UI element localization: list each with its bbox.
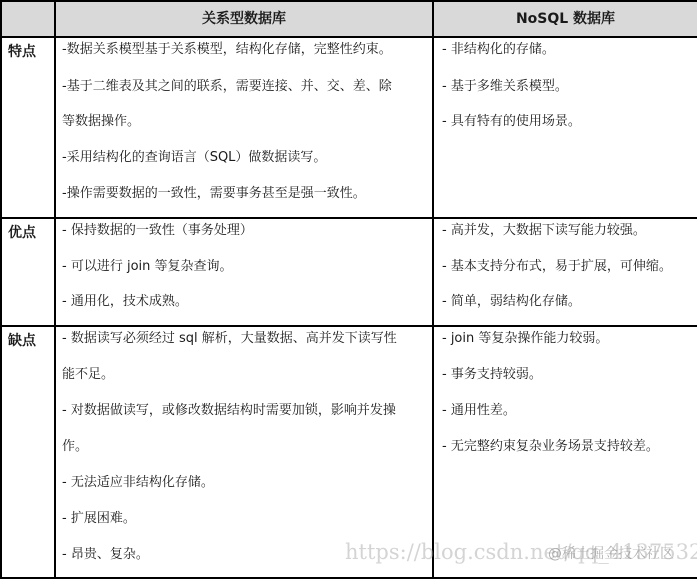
border-left <box>0 0 2 579</box>
list-item: - 保持数据的一致性（事务处理） <box>62 221 253 241</box>
list-item: -采用结构化的查询语言（SQL）做数据读写。 <box>62 148 326 168</box>
list-item: - 无法适应非结构化存储。 <box>62 473 214 493</box>
border-col2 <box>432 0 434 579</box>
list-item: - 具有特有的使用场景。 <box>442 112 581 132</box>
border-row1-bottom <box>0 217 697 219</box>
list-item: 等数据操作。 <box>62 112 140 132</box>
header-nosql-db: NoSQL 数据库 <box>434 2 697 37</box>
list-item: - 无完整约束复杂业务场景支持较差。 <box>442 437 659 457</box>
list-item: - 基本支持分布式，易于扩展，可伸缩。 <box>442 257 672 277</box>
header-empty <box>2 2 54 37</box>
border-row2-bottom <box>0 325 697 327</box>
list-item: - join 等复杂操作能力较弱。 <box>442 329 608 349</box>
list-item: - 高并发，大数据下读写能力较强。 <box>442 221 646 241</box>
list-item: -基于二维表及其之间的联系，需要连接、并、交、差、除 <box>62 77 392 97</box>
list-item: - 简单，弱结构化存储。 <box>442 292 581 312</box>
list-item: - 基于多维关系模型。 <box>442 77 568 97</box>
list-item: -数据关系模型基于关系模型，结构化存储，完整性约束。 <box>62 40 392 60</box>
list-item: - 非结构化的存储。 <box>442 40 555 60</box>
list-item: 作。 <box>62 437 88 457</box>
row-label-features: 特点 <box>8 41 36 61</box>
list-item: - 昂贵、复杂。 <box>62 545 149 565</box>
list-item: - 对数据做读写，或修改数据结构时需要加锁，影响并发操 <box>62 401 396 421</box>
border-bottom <box>0 577 697 579</box>
juejin-watermark: @稀土掘金技术社区 <box>548 543 674 563</box>
list-item: - 可以进行 join 等复杂查询。 <box>62 257 233 277</box>
row-label-advantages: 优点 <box>8 222 36 242</box>
list-item: - 事务支持较弱。 <box>442 365 542 385</box>
list-item: - 扩展困难。 <box>62 509 136 529</box>
row-label-disadvantages: 缺点 <box>8 330 36 350</box>
list-item: - 通用性差。 <box>442 401 516 421</box>
header-relational-db: 关系型数据库 <box>56 2 432 37</box>
list-item: - 数据读写必须经过 sql 解析，大量数据、高并发下读写性 <box>62 329 397 349</box>
list-item: - 通用化，技术成熟。 <box>62 292 188 312</box>
comparison-table: 关系型数据库 NoSQL 数据库 特点 -数据关系模型基于关系模型，结构化存储，… <box>0 0 697 580</box>
list-item: -操作需要数据的一致性，需要事务甚至是强一致性。 <box>62 184 366 204</box>
border-col1 <box>54 0 56 579</box>
list-item: 能不足。 <box>62 365 114 385</box>
